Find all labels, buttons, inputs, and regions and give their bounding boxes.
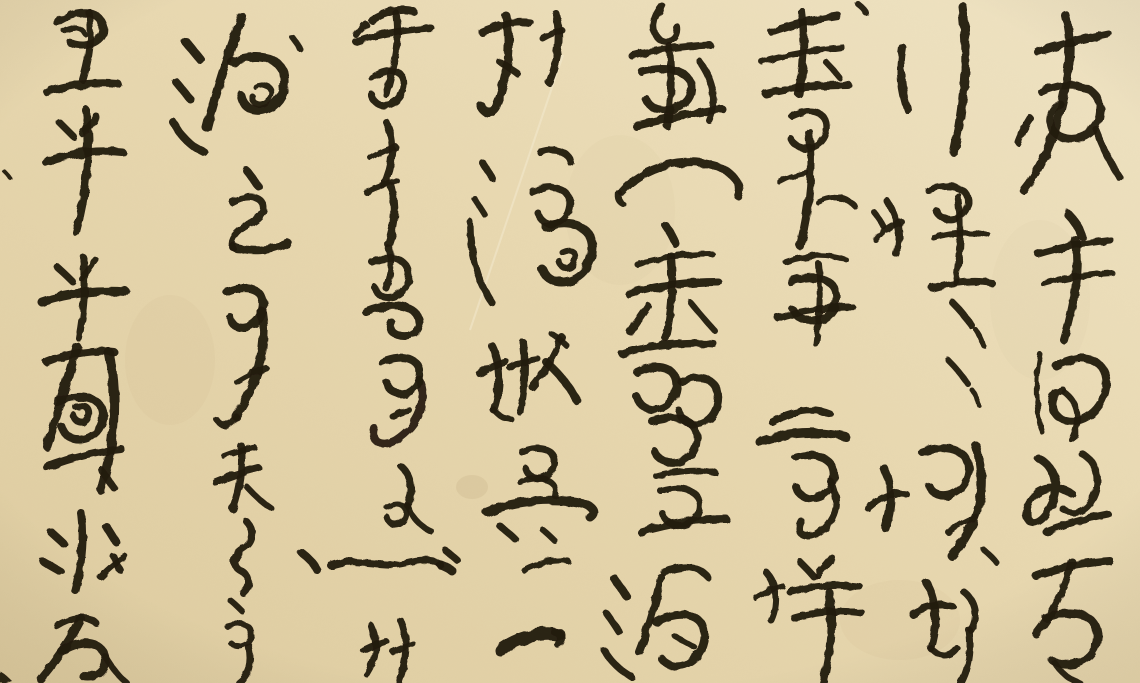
- paper-stain: [125, 295, 215, 425]
- calligraphy-svg: [0, 0, 1140, 683]
- paper-background: [0, 0, 1140, 683]
- calligraphy-artwork: [0, 0, 1140, 683]
- brush-stroke: [520, 342, 524, 412]
- brush-stroke: [799, 12, 804, 94]
- paper-stain: [565, 135, 675, 285]
- brush-stroke: [956, 196, 960, 282]
- paper-stain: [456, 475, 488, 499]
- brush-stroke: [441, 565, 452, 571]
- paper-stain: [840, 580, 960, 660]
- brush-stroke: [816, 264, 820, 344]
